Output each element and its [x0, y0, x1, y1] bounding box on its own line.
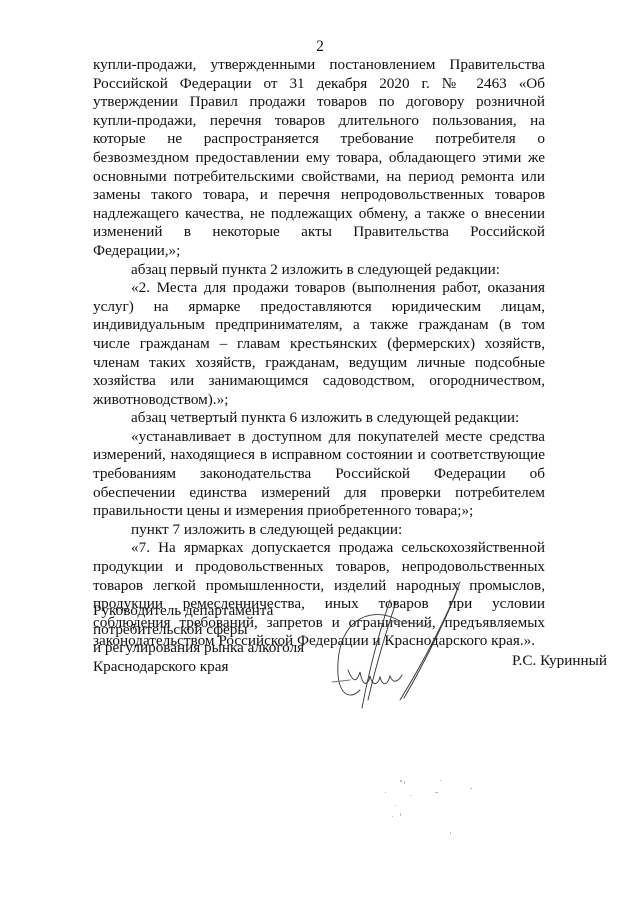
paragraph-item-2-text: «2. Места для продажи товаров (выполнени… [93, 279, 545, 409]
signatory-title-line: Руководитель департамента [93, 602, 304, 621]
signatory-title-line: потребительской сферы [93, 621, 304, 640]
paragraph-instruction-item-6: абзац четвертый пункта 6 изложить в след… [93, 409, 545, 428]
scan-artifacts [380, 780, 480, 840]
page-number: 2 [0, 38, 640, 56]
signer-name: Р.С. Куринный [512, 652, 607, 670]
document-body: купли-продажи, утвержденными постановлен… [93, 56, 545, 651]
paragraph-continuation: купли-продажи, утвержденными постановлен… [93, 56, 545, 261]
handwritten-signature [330, 580, 480, 710]
paragraph-item-6-text: «устанавливает в доступном для покупател… [93, 428, 545, 521]
signatory-title-line: Краснодарского края [93, 658, 304, 677]
signatory-title: Руководитель департамента потребительско… [93, 602, 304, 676]
paragraph-instruction-item-2: абзац первый пункта 2 изложить в следующ… [93, 261, 545, 280]
signatory-title-line: и регулирования рынка алкоголя [93, 639, 304, 658]
paragraph-instruction-item-7: пункт 7 изложить в следующей редакции: [93, 521, 545, 540]
